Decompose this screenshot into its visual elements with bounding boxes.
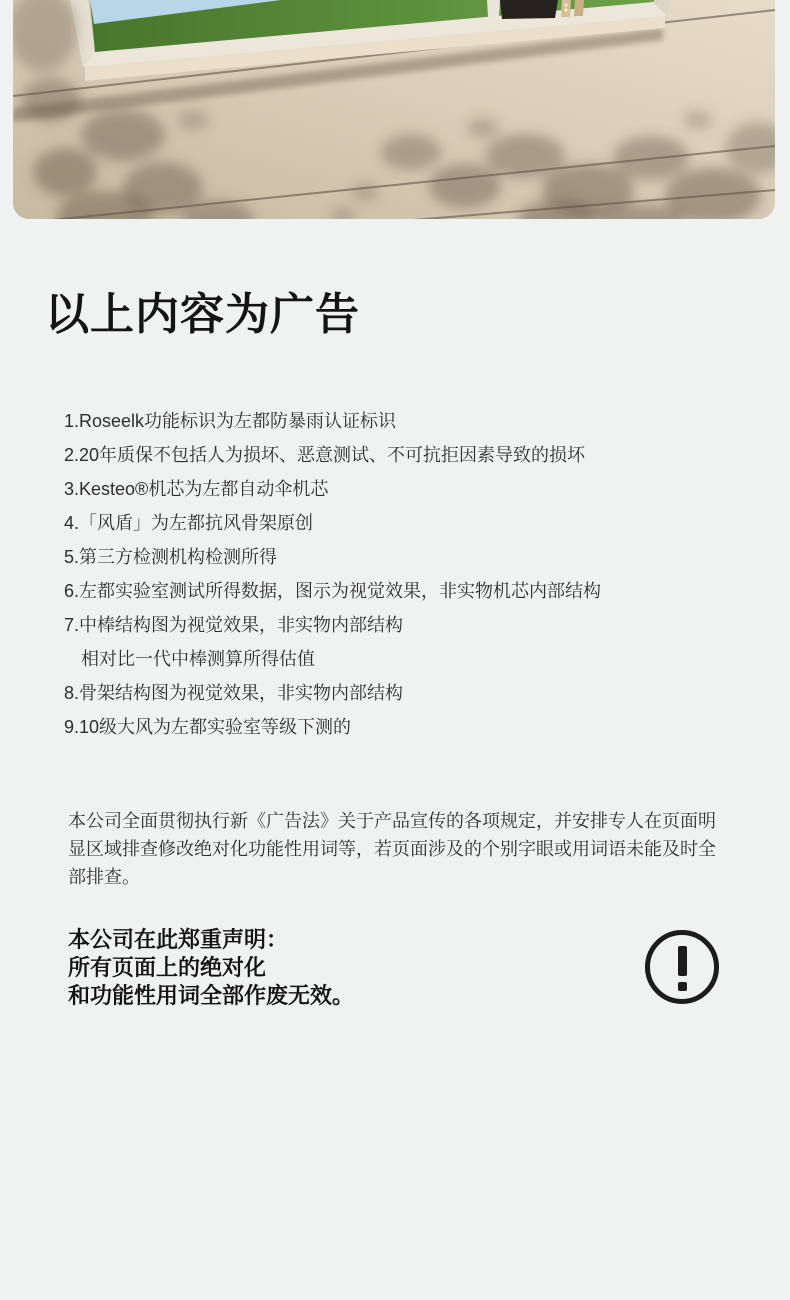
hero-image: [13, 0, 775, 219]
ad-notice-title: 以上内容为广告: [45, 292, 360, 338]
exclamation-dot: [678, 982, 687, 991]
disclaimer-item-3: 3.Kesteo®机芯为左都自动伞机芯: [64, 472, 601, 506]
exclamation-bar: [678, 946, 687, 976]
disclaimer-item-8: 8.骨架结构图为视觉效果，非实物内部结构: [64, 676, 601, 710]
disclaimer-item-7-continuation: 相对比一代中棒测算所得估值: [64, 642, 601, 676]
disclaimer-item-1: 1.Roseelk功能标识为左都防暴雨认证标识: [64, 404, 601, 438]
disclaimer-item-4: 4.「风盾」为左都抗风骨架原创: [64, 506, 601, 540]
disclaimer-item-7: 7.中棒结构图为视觉效果，非实物内部结构: [64, 608, 601, 642]
wall-photo-illustration: [13, 0, 775, 219]
disclaimer-item-2: 2.20年质保不包括人为损坏、恶意测试、不可抗拒因素导致的损坏: [64, 438, 601, 472]
disclaimer-item-5: 5.第三方检测机构检测所得: [64, 540, 601, 574]
disclaimer-item-6: 6.左都实验室测试所得数据，图示为视觉效果，非实物机芯内部结构: [64, 574, 601, 608]
law-compliance-paragraph: 本公司全面贯彻执行新《广告法》关于产品宣传的各项规定，并安排专人在页面明 显区域…: [68, 807, 758, 891]
ad-disclaimer-page: 以上内容为广告 1.Roseelk功能标识为左都防暴雨认证标识 2.20年质保不…: [0, 0, 790, 1300]
disclaimer-list: 1.Roseelk功能标识为左都防暴雨认证标识 2.20年质保不包括人为损坏、恶…: [64, 404, 601, 744]
exclamation-circle-icon: [645, 930, 719, 1004]
declaration-text: 本公司在此郑重声明： 所有页面上的绝对化 和功能性用词全部作废无效。: [68, 926, 354, 1010]
disclaimer-item-9: 9.10级大风为左都实验室等级下测的: [64, 710, 601, 744]
